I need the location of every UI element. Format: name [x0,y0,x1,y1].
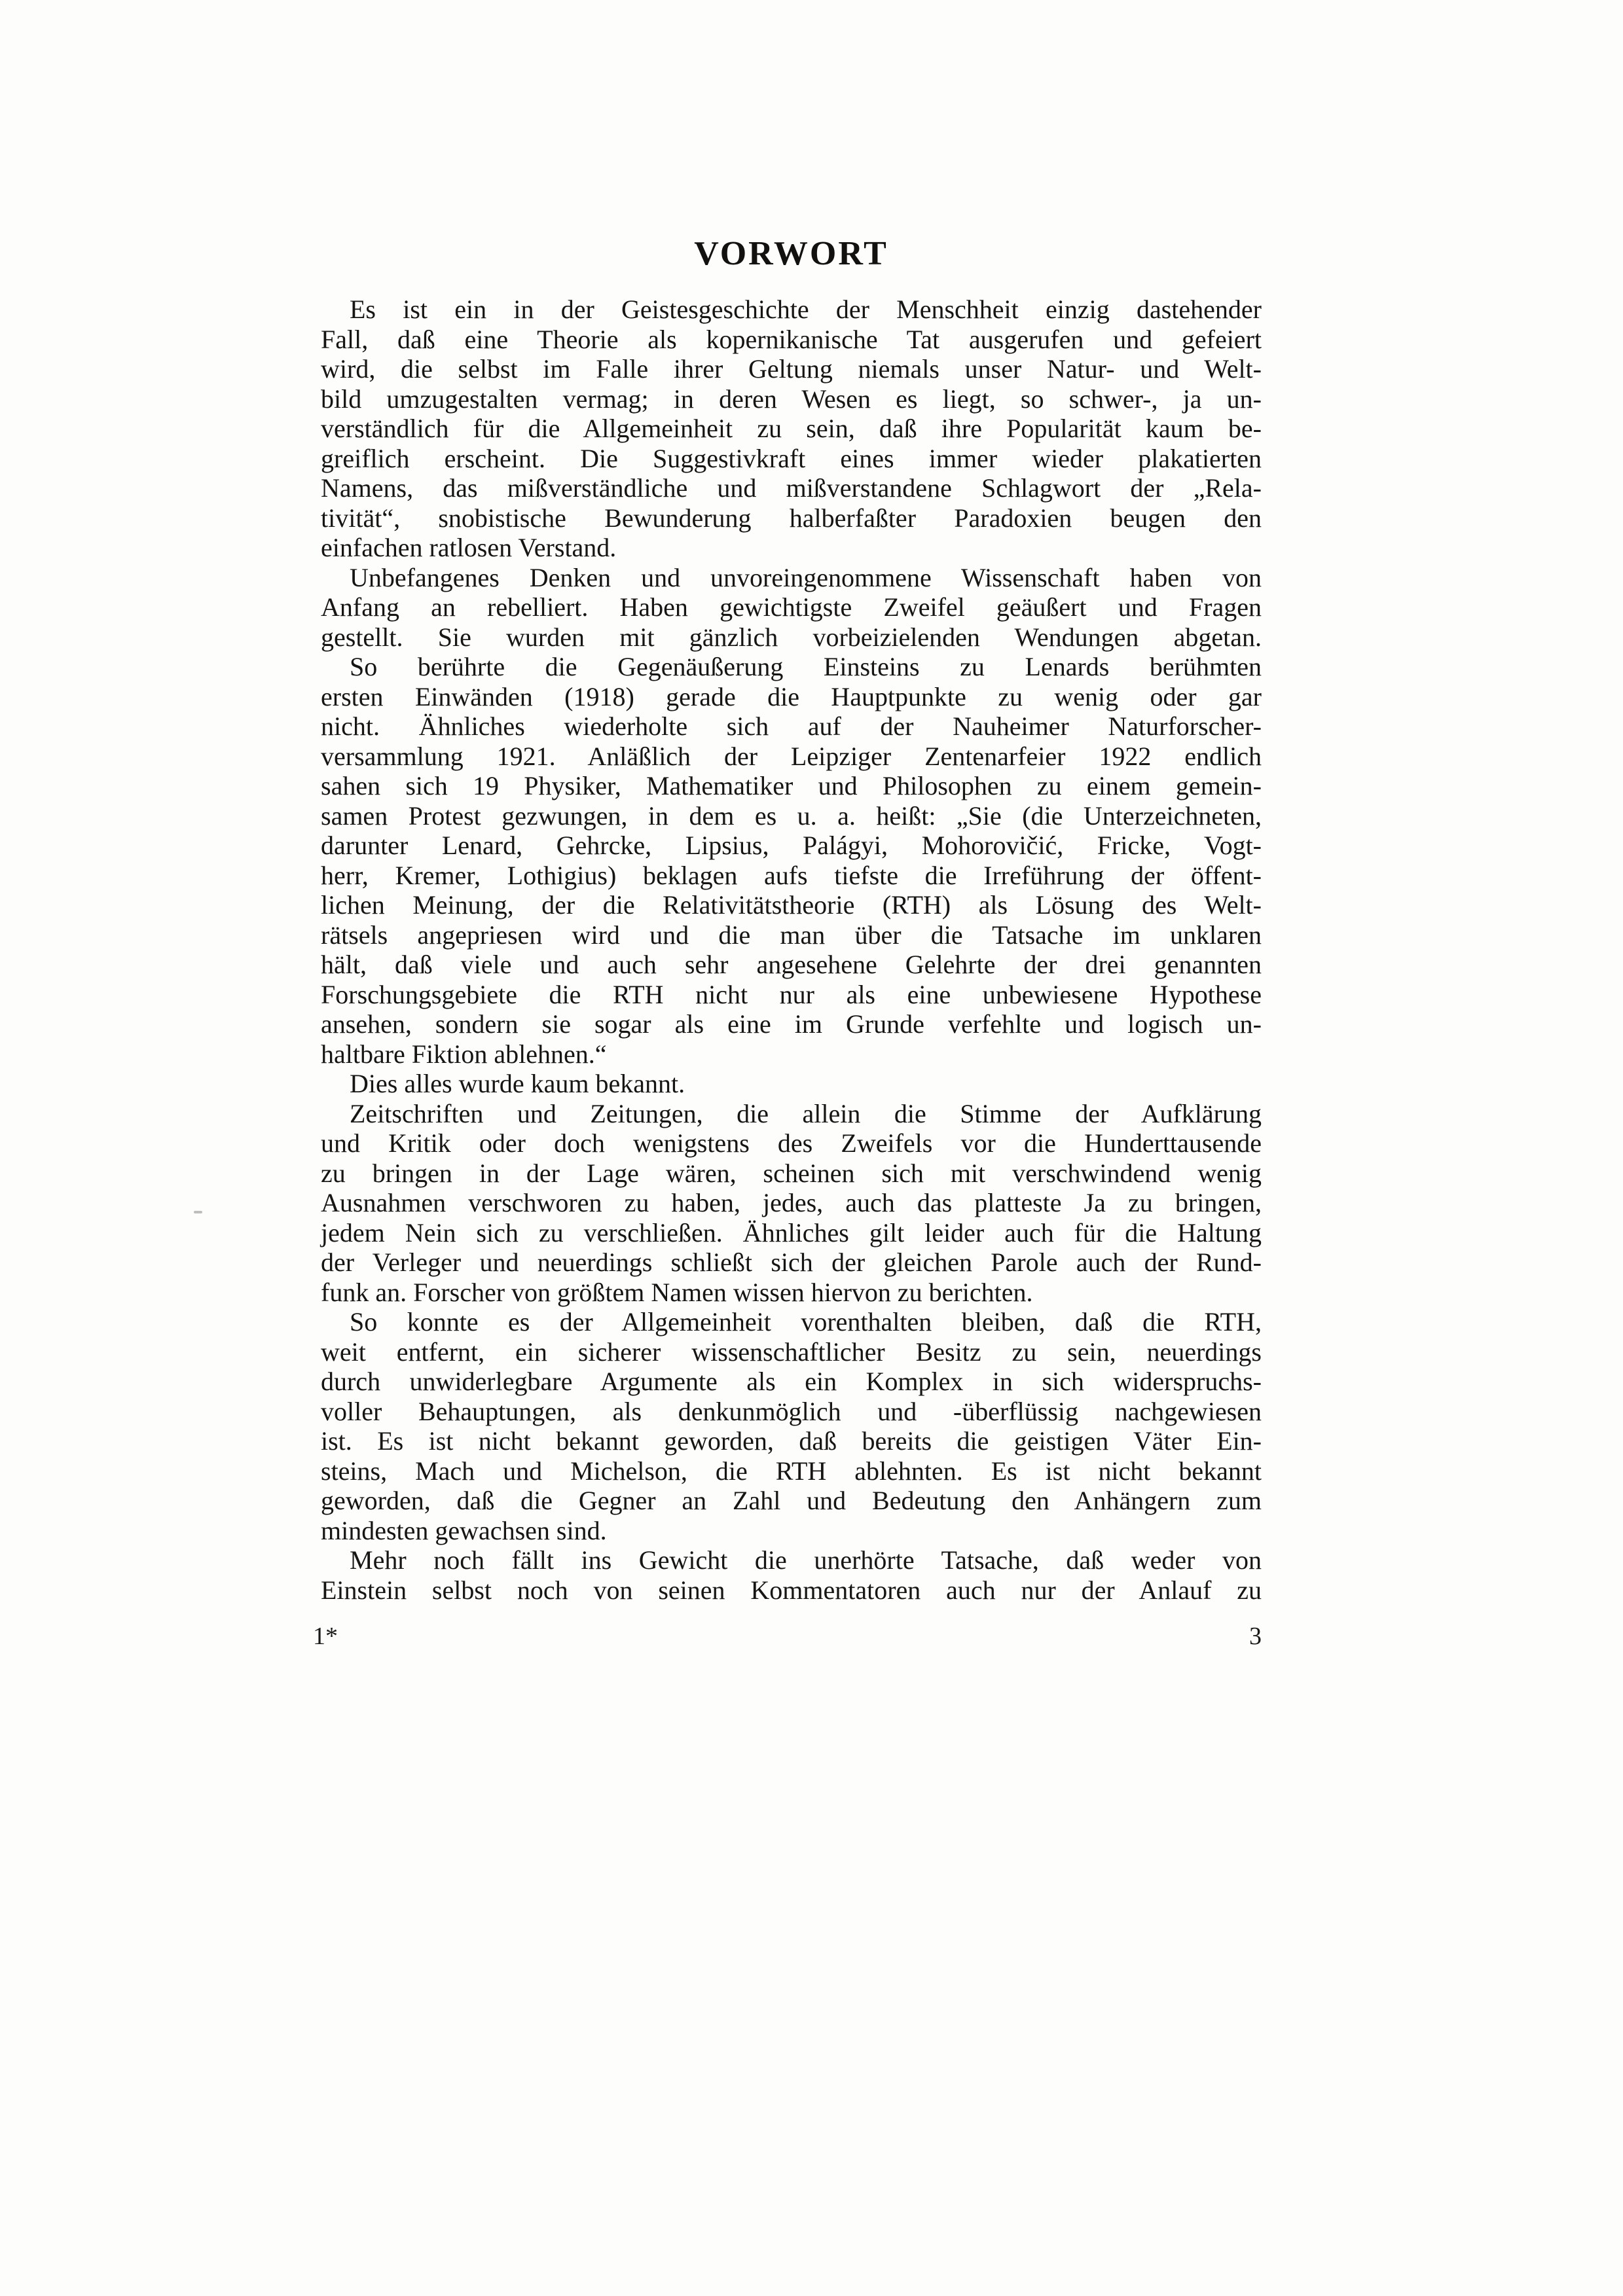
paragraph: Dies alles wurde kaum bekannt. [321,1069,1262,1099]
text-line: Dies alles wurde kaum bekannt. [321,1069,1262,1099]
text-line: hält, daß viele und auch sehr angesehene… [321,950,1262,980]
text-line: Ausnahmen verschworen zu haben, jedes, a… [321,1188,1262,1218]
text-line: greiflich erscheint. Die Suggestivkraft … [321,444,1262,474]
text-line: der Verleger und neuerdings schließt sic… [321,1247,1262,1278]
text-line: Anfang an rebelliert. Haben gewichtigste… [321,592,1262,622]
text-line: ist. Es ist nicht bekannt geworden, daß … [321,1426,1262,1456]
book-page: VORWORT Es ist ein in der Geistesgeschic… [0,0,1623,2296]
page-number: 3 [1249,1622,1262,1651]
text-line: herr, Kremer, Lothigius) beklagen aufs t… [321,861,1262,891]
text-line: zu bringen in der Lage wären, scheinen s… [321,1158,1262,1189]
text-line: gestellt. Sie wurden mit gänzlich vorbei… [321,622,1262,653]
paragraph: Es ist ein in der Geistesgeschichte der … [321,295,1262,563]
text-line: Unbefangenes Denken und unvoreingenommen… [321,563,1262,593]
text-line: bild umzugestalten vermag; in deren Wese… [321,384,1262,414]
text-line: tivität“, snobistische Bewunderung halbe… [321,503,1262,533]
text-line: So konnte es der Allgemeinheit vorenthal… [321,1307,1262,1337]
text-line: einfachen ratlosen Verstand. [321,533,1262,563]
page-body: Es ist ein in der Geistesgeschichte der … [321,295,1262,1605]
scan-speck [194,1211,202,1213]
text-line: So berührte die Gegenäußerung Einsteins … [321,652,1262,682]
text-line: haltbare Fiktion ablehnen.“ [321,1039,1262,1069]
text-line: sahen sich 19 Physiker, Mathematiker und… [321,771,1262,801]
text-line: Mehr noch fällt ins Gewicht die unerhört… [321,1545,1262,1575]
paragraph: So berührte die Gegenäußerung Einsteins … [321,652,1262,1069]
text-line: nicht. Ähnliches wiederholte sich auf de… [321,711,1262,742]
text-line: Einstein selbst noch von seinen Kommenta… [321,1575,1262,1605]
text-line: jedem Nein sich zu verschließen. Ähnlich… [321,1218,1262,1248]
text-line: ersten Einwänden (1918) gerade die Haupt… [321,682,1262,712]
paragraph: Zeitschriften und Zeitungen, die allein … [321,1099,1262,1308]
paragraph: So konnte es der Allgemeinheit vorenthal… [321,1307,1262,1545]
paragraph: Unbefangenes Denken und unvoreingenommen… [321,563,1262,653]
text-line: Es ist ein in der Geistesgeschichte der … [321,295,1262,325]
text-line: durch unwiderlegbare Argumente als ein K… [321,1367,1262,1397]
text-line: versammlung 1921. Anläßlich der Leipzige… [321,742,1262,772]
text-line: darunter Lenard, Gehrcke, Lipsius, Palág… [321,831,1262,861]
text-line: Forschungsgebiete die RTH nicht nur als … [321,980,1262,1010]
text-line: Zeitschriften und Zeitungen, die allein … [321,1099,1262,1129]
text-line: Fall, daß eine Theorie als kopernikanisc… [321,325,1262,355]
text-line: mindesten gewachsen sind. [321,1516,1262,1546]
text-line: funk an. Forscher von größtem Namen wiss… [321,1278,1262,1308]
text-line: lichen Meinung, der die Relativitätstheo… [321,890,1262,920]
signature-mark: 1* [313,1622,338,1651]
page-title: VORWORT [321,234,1262,273]
text-line: geworden, daß die Gegner an Zahl und Bed… [321,1486,1262,1516]
text-line: voller Behauptungen, als denkunmöglich u… [321,1397,1262,1427]
text-line: verständlich für die Allgemeinheit zu se… [321,414,1262,444]
text-line: samen Protest gezwungen, in dem es u. a.… [321,801,1262,831]
footer: 1* 3 [313,1622,1262,1651]
text-line: und Kritik oder doch wenigstens des Zwei… [321,1128,1262,1158]
text-line: ansehen, sondern sie sogar als eine im G… [321,1009,1262,1039]
text-line: wird, die selbst im Falle ihrer Geltung … [321,354,1262,384]
text-line: Namens, das mißverständliche und mißvers… [321,473,1262,503]
paragraph: Mehr noch fällt ins Gewicht die unerhört… [321,1545,1262,1605]
text-line: steins, Mach und Michelson, die RTH able… [321,1456,1262,1486]
text-line: rätsels angepriesen wird und die man übe… [321,920,1262,950]
text-line: weit entfernt, ein sicherer wissenschaft… [321,1337,1262,1367]
